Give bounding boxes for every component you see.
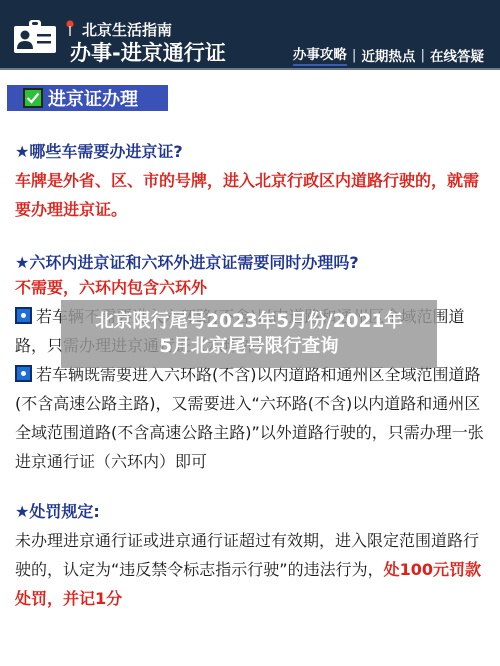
- nav-hot-topics[interactable]: 近期热点: [361, 45, 415, 65]
- header: 北京生活指南 办事-进京通行证 办事攻略 | 近期热点 | 在线答疑: [0, 0, 500, 70]
- id-badge-icon: [13, 20, 57, 54]
- nav-guide[interactable]: 办事攻略: [293, 43, 347, 66]
- faq-answer: 车牌是外省、区、市的号牌，进入北京行政区内道路行驶的，就需要办理进京证。: [15, 166, 490, 224]
- nav-separator: |: [352, 47, 357, 63]
- checkmark-icon: [23, 88, 43, 108]
- faq-content: ★哪些车需要办进京证? 车牌是外省、区、市的号牌，进入北京行政区内道路行驶的，就…: [15, 140, 490, 613]
- list-item: 若车辆既需要进入六环路(不含)以内道路和通州区全域范围道路(不含高速公路主路)，…: [15, 360, 490, 476]
- faq-answer: 不需要，六环内包含六环外: [15, 275, 490, 301]
- faq-question: ★处罚规定:: [15, 500, 490, 524]
- nav-separator: |: [420, 47, 425, 63]
- overlay-caption: 北京限行尾号2023年5月份/2021年 5月北京尾号限行查询: [95, 309, 403, 359]
- top-nav: 办事攻略 | 近期热点 | 在线答疑: [293, 43, 484, 66]
- map-pin-icon: [66, 20, 74, 36]
- faq-answer: 未办理进京通行证或进京通行证超过有效期，进入限定范围道路行驶的，认定为“违反禁令…: [15, 526, 490, 613]
- overlay-line-1: 北京限行尾号2023年5月份/2021年: [95, 309, 403, 334]
- section-heading: 进京证办理: [7, 85, 168, 111]
- section-title: 进京证办理: [48, 85, 138, 111]
- page-title: 办事-进京通行证: [70, 37, 226, 67]
- bullet-box-icon: [15, 307, 32, 324]
- faq-question: ★六环内进京证和六环外进京证需要同时办理吗?: [15, 251, 490, 275]
- faq-question: ★哪些车需要办进京证?: [15, 140, 490, 164]
- overlay-line-2: 5月北京尾号限行查询: [95, 334, 403, 359]
- bullet-box-icon: [15, 365, 32, 382]
- nav-online-qa[interactable]: 在线答疑: [430, 45, 484, 65]
- list-item-text: 若车辆既需要进入六环路(不含)以内道路和通州区全域范围道路(不含高速公路主路)，…: [15, 365, 484, 471]
- title-overlay: 北京限行尾号2023年5月份/2021年 5月北京尾号限行查询: [61, 300, 437, 368]
